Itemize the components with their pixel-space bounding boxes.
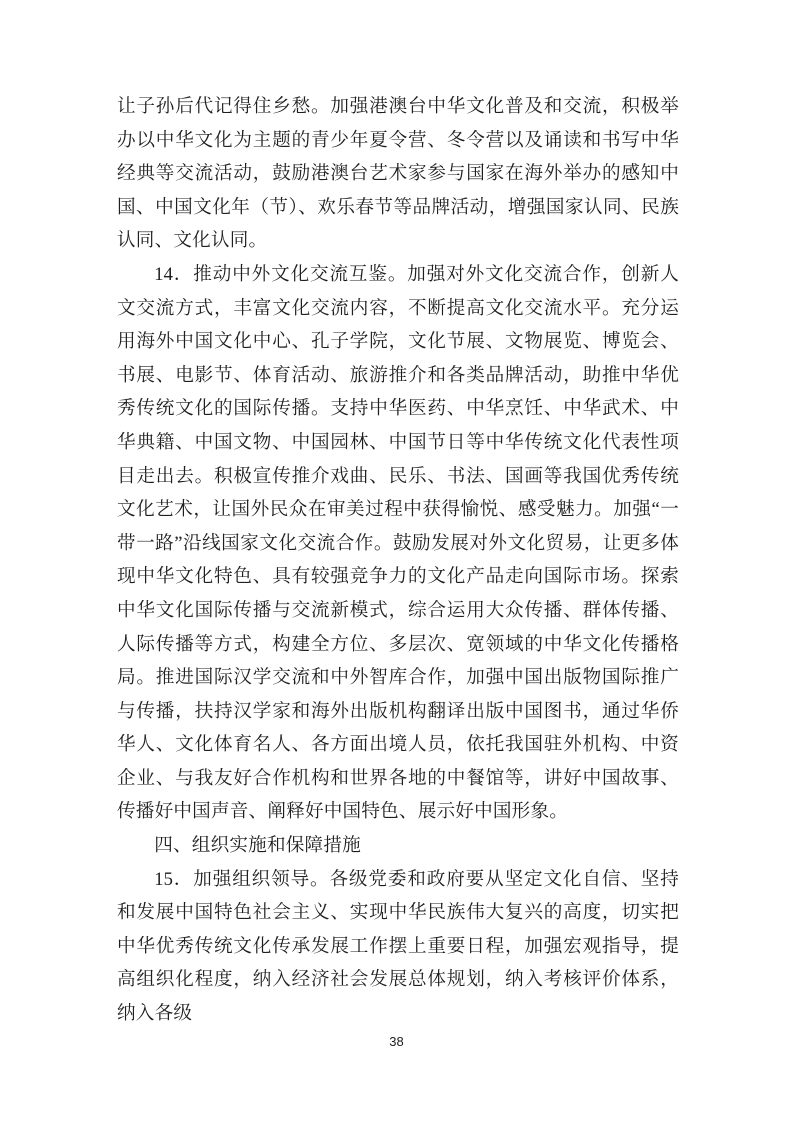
paragraph-item-14: 14．推动中外文化交流互鉴。加强对外文化交流合作，创新人文交流方式，丰富文化交流… (117, 258, 679, 829)
paragraph-item-15: 15．加强组织领导。各级党委和政府要从坚定文化自信、坚持和发展中国特色社会主义、… (117, 863, 679, 1031)
section-heading: 四、组织实施和保障措施 (117, 829, 679, 863)
paragraph-continuation: 让子孙后代记得住乡愁。加强港澳台中华文化普及和交流，积极举办以中华文化为主题的青… (117, 90, 679, 258)
document-body: 让子孙后代记得住乡愁。加强港澳台中华文化普及和交流，积极举办以中华文化为主题的青… (117, 90, 679, 1031)
page-number: 38 (0, 1034, 793, 1049)
document-page: 让子孙后代记得住乡愁。加强港澳台中华文化普及和交流，积极举办以中华文化为主题的青… (0, 0, 793, 1122)
